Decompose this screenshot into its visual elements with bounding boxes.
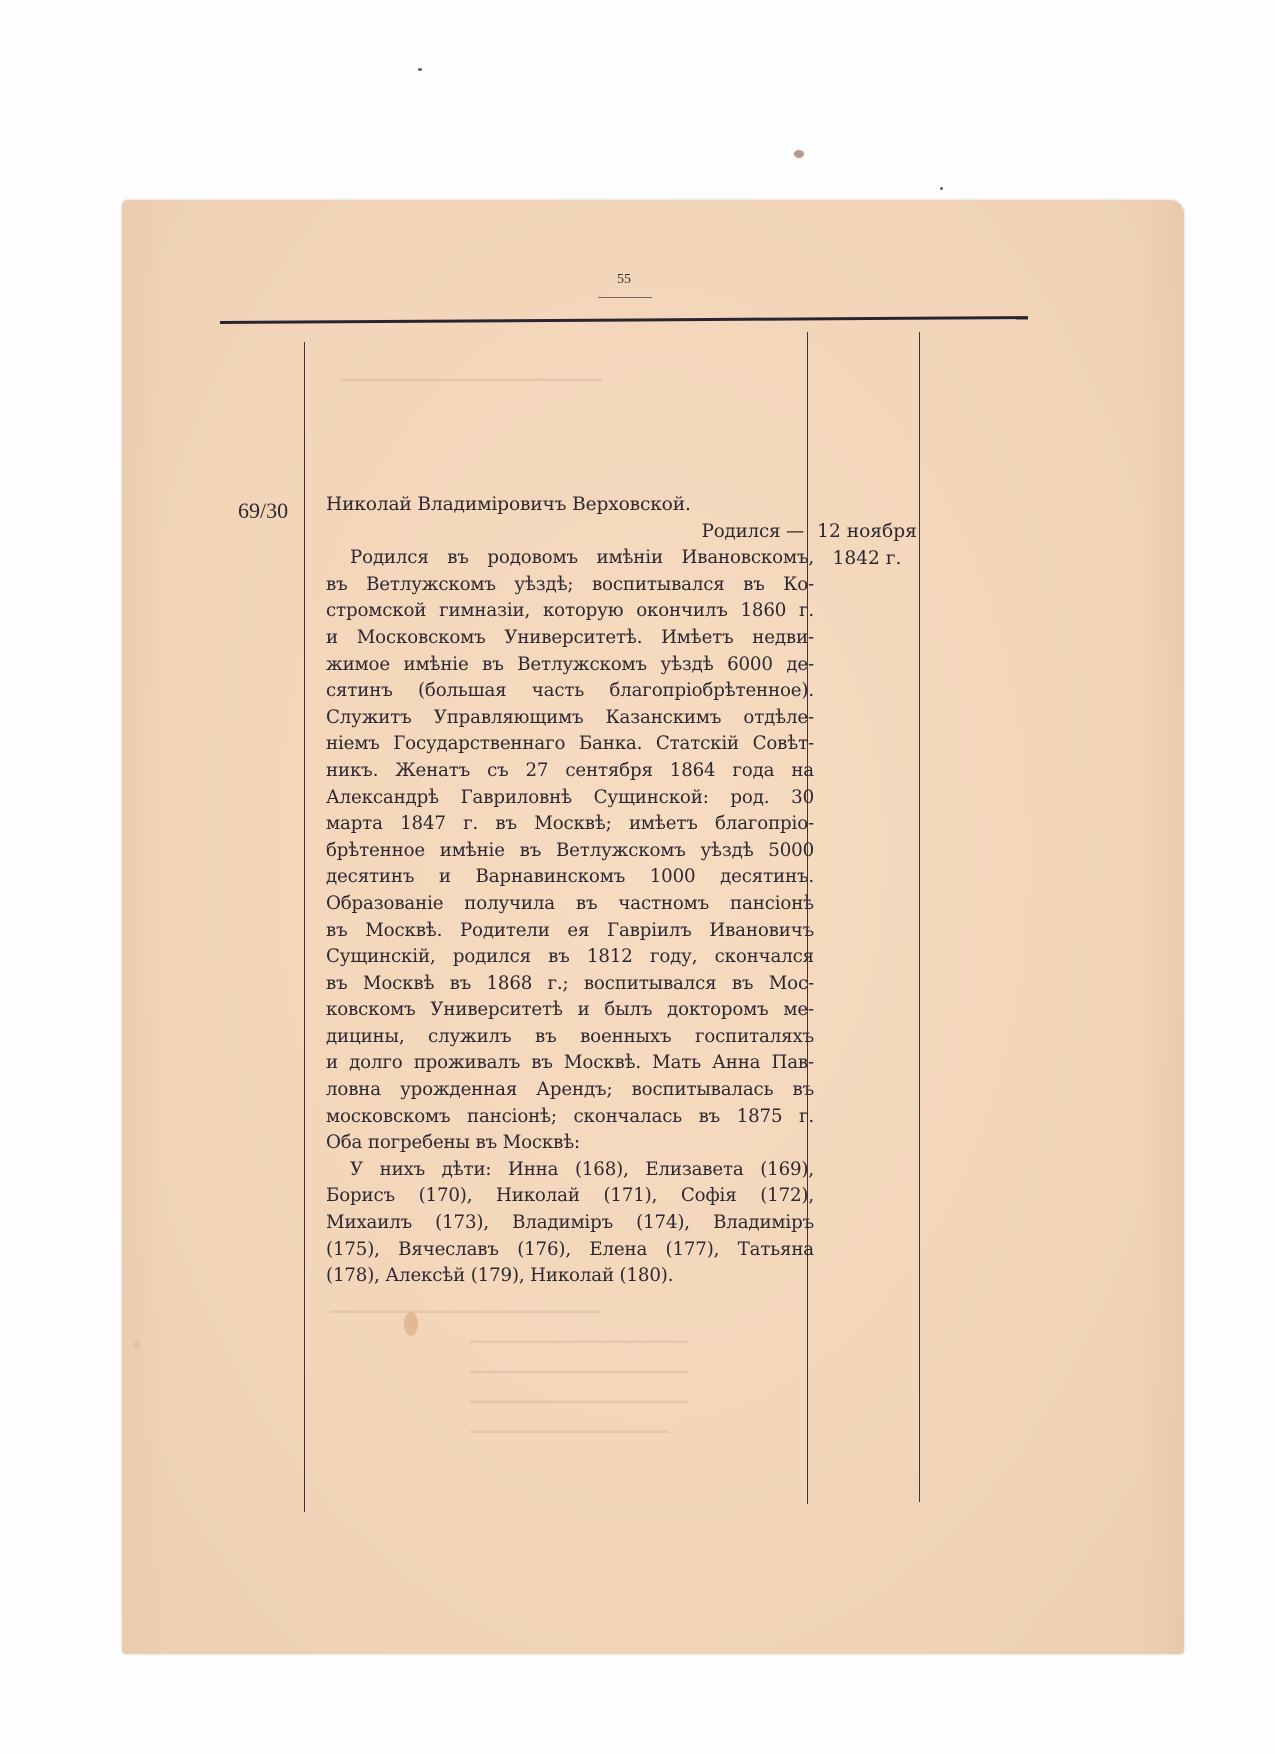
paper-stain (134, 1340, 140, 1350)
children-line: Михаилъ (173), Владиміръ (174), Владимір… (326, 1210, 814, 1237)
birth-date-year: 1842 г. (812, 546, 922, 573)
biography-line: ковскомъ Университетѣ и былъ докторомъ м… (326, 997, 814, 1024)
column-divider-right (919, 332, 920, 1502)
biography-line: и Московскомъ Университетѣ. Имѣетъ недви… (326, 625, 814, 652)
biography-line: Оба погребены въ Москвѣ: (326, 1130, 814, 1157)
biography-line: и долго проживалъ въ Москвѣ. Мать Анна П… (326, 1050, 814, 1077)
paper-stain (404, 1312, 418, 1336)
dust-speck (940, 187, 943, 190)
bleed-through-text: ━━━━━━━━━━━━━━━━━━━━━━━━ (470, 1360, 687, 1384)
biography-line: жимое имѣніе въ Ветлужскомъ уѣздѣ 6000 д… (326, 652, 814, 679)
dust-speck (418, 68, 422, 71)
biography-line: Александрѣ Гавриловнѣ Сущинской: род. 30 (326, 785, 814, 812)
bleed-through-text: ━━━━━━━━━━━━━━━━━━━━━━━━━━━━━ (340, 368, 602, 392)
biography-line: Служитъ Управляющимъ Казанскимъ отдѣле- (326, 705, 814, 732)
biography-line: ловна урожденная Арендъ; воспитывалась в… (326, 1077, 814, 1104)
children-line: (175), Вячеславъ (176), Елена (177), Тат… (326, 1237, 814, 1264)
page-number: 55 (612, 272, 636, 288)
biography-line: десятинъ и Варнавинскомъ 1000 десятинъ. (326, 864, 814, 891)
children-line: У нихъ дѣти: Инна (168), Елизавета (169)… (326, 1157, 814, 1184)
biography-line: Сущинскій, родился въ 1812 году, скончал… (326, 944, 814, 971)
bleed-through-text: ━━━━━━━━━━━━━━━━━━━━━━━━ (470, 1390, 687, 1414)
biography-line: въ Москвѣ. Родители ея Гавріилъ Иванович… (326, 918, 814, 945)
born-label: Родился — (326, 519, 814, 546)
scanned-page: ━━━━━━━━━━━━━━━━━━━━━━━━━━━━━ ━━━━━━━━━━… (0, 0, 1275, 1754)
column-divider-left (304, 342, 305, 1512)
biography-line: стромской гимназіи, которую окончилъ 186… (326, 598, 814, 625)
biography-line: марта 1847 г. въ Москвѣ; имѣетъ благопрі… (326, 811, 814, 838)
dust-speck (794, 150, 804, 158)
bleed-through-text: ━━━━━━━━━━━━━━━━━━━━━━ (470, 1420, 669, 1444)
biography-line: московскомъ пансіонѣ; скончалась въ 1875… (326, 1104, 814, 1131)
biography-line: сятинъ (большая часть благопріобрѣтенное… (326, 678, 814, 705)
birth-date-day-month: 12 ноября (812, 519, 922, 546)
biography-line: брѣтенное имѣніе въ Ветлужскомъ уѣздѣ 50… (326, 838, 814, 865)
biography-line: дицины, служилъ въ военныхъ госпиталяхъ (326, 1024, 814, 1051)
bleed-through-text: ━━━━━━━━━━━━━━━━━━━━━━━━ (470, 1330, 687, 1354)
biography-line: Родился въ родовомъ имѣніи Ивановскомъ, (326, 545, 814, 572)
biography-line: Образованіе получила въ частномъ пансіон… (326, 891, 814, 918)
biography-line: въ Ветлужскомъ уѣздѣ; воспитывался въ Ко… (326, 572, 814, 599)
bleed-through-text: ━━━━━━━━━━━━━━━━━━━━━━━━━━━━━━ (330, 1300, 601, 1324)
biography-line: ніемъ Государственнаго Банка. Статскій С… (326, 731, 814, 758)
biography-line: въ Москвѣ въ 1868 г.; воспитывался въ Мо… (326, 971, 814, 998)
biography-line: никъ. Женатъ съ 27 сентября 1864 года на (326, 758, 814, 785)
person-name: Николай Владиміровичъ Верховской. (326, 492, 814, 519)
entry-number: 69/30 (238, 498, 288, 524)
birth-date-column: 12 ноября 1842 г. (812, 519, 922, 572)
page-number-underline (598, 297, 652, 298)
entry-body: Николай Владиміровичъ Верховской. Родилс… (326, 492, 814, 1290)
children-line: Борисъ (170), Николай (171), Софія (172)… (326, 1183, 814, 1210)
children-line: (178), Алексѣй (179), Николай (180). (326, 1263, 814, 1290)
